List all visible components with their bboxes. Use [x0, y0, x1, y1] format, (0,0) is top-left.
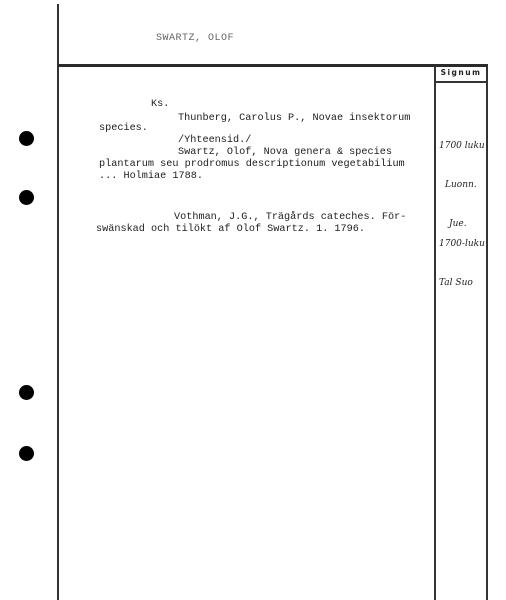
entry-line: plantarum seu prodromus descriptionum ve…: [99, 159, 405, 170]
signum-line: 1700 luku: [439, 140, 485, 153]
punch-hole: [19, 131, 34, 146]
signum-line: Luonn.: [439, 179, 485, 192]
signum-header: Signum: [436, 68, 486, 77]
left-margin-line: [57, 4, 59, 600]
entry-line: Thunberg, Carolus P., Novae insektorum: [178, 113, 410, 124]
punch-hole: [19, 190, 34, 205]
punch-hole: [19, 385, 34, 400]
entry-line: Vothman, J.G., Trägårds cateches. För-: [174, 212, 406, 223]
entry-line: Ks.: [151, 99, 169, 110]
card-heading: SWARTZ, OLOF: [156, 33, 234, 44]
entry-line: swänskad och tilökt af Olof Swartz. 1. 1…: [96, 224, 365, 235]
signum-line: 1700-luku: [439, 238, 485, 251]
entry-line: species.: [99, 123, 148, 134]
punch-hole: [19, 446, 34, 461]
catalog-card: Signum SWARTZ, OLOF Ks. Thunberg, Carolu…: [0, 0, 506, 600]
signum-column-left-border: [434, 66, 436, 600]
entry-line: Swartz, Olof, Nova genera & species: [178, 147, 392, 158]
signum-header-rule: [434, 81, 487, 83]
entry-line: /Yhteensid./: [178, 135, 251, 146]
entry-line: ... Holmiae 1788.: [99, 171, 203, 182]
header-rule: [58, 64, 488, 67]
signum-column-right-border: [486, 66, 488, 600]
signum-handwritten: 1700-luku Tal Suo: [439, 212, 485, 316]
signum-line: Tal Suo: [439, 277, 485, 290]
